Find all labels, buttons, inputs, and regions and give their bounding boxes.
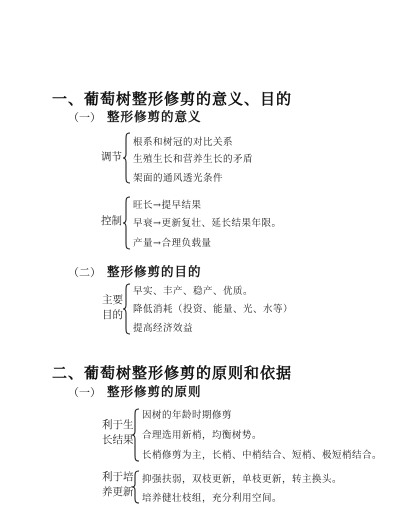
list-item: 产量→合理负载量 [133,235,211,249]
group-label-line: 利于生 [102,418,134,433]
group-label: 调节 [101,150,122,165]
group-label: 利于培 养更新 [102,470,134,500]
group-label-line: 目的 [102,308,123,323]
section-title: 整形修剪的意义 [107,109,202,124]
group-label-line: 利于培 [102,470,134,485]
section-number: （二） [68,266,101,279]
section-1-2-heading: （二）整形修剪的目的 [68,262,202,280]
section-title: 整形修剪的原则 [107,384,202,399]
section-1-heading: 一、葡萄树整形修剪的意义、目的 [52,88,292,109]
group-label: 控制 [101,214,122,229]
list-item: 架面的通风透光条件 [133,170,223,184]
list-item: 长梢修剪为主，长梢、中梢结合、短梢、极短梢结合。 [142,447,382,461]
group-label-line: 长结果 [102,433,134,448]
section-number: （一） [68,111,101,124]
section-title: 整形修剪的目的 [107,264,202,279]
group-label: 主要 目的 [102,293,123,323]
list-item: 生殖生长和营养生长的矛盾 [133,151,253,165]
list-item: 因树的年龄时期修剪 [142,407,232,421]
list-item: 提高经济效益 [133,320,193,334]
brace-icon [122,283,132,335]
brace-icon [131,470,141,504]
list-item: 培养健壮枝组，充分利用空间。 [142,490,282,504]
list-item: 合理选用新梢，均衡树势。 [142,427,262,441]
list-item: 降低消耗（投资、能量、光、水等） [133,301,293,315]
list-item: 早实、丰产、稳产、优质。 [133,283,253,297]
group-label-line: 主要 [102,293,123,308]
group-label-line: 养更新 [102,485,134,500]
list-item: 根系和树冠的对比关系 [133,134,233,148]
brace-icon [122,132,132,184]
section-number: （一） [68,386,101,399]
list-item: 早衰→更新复壮、延长结果年限。 [133,215,281,229]
list-item: 旺长→提早结果 [133,197,201,211]
list-item: 抑强扶弱，双枝更新，单枝更新，转主换头。 [142,471,342,485]
section-2-heading: 二、葡萄树整形修剪的原则和依据 [52,362,292,383]
section-1-1-heading: （一）整形修剪的意义 [68,107,202,125]
group-label: 利于生 长结果 [102,418,134,448]
section-2-1-heading: （一）整形修剪的原则 [68,382,202,400]
brace-icon [131,408,141,462]
brace-icon [122,196,132,250]
